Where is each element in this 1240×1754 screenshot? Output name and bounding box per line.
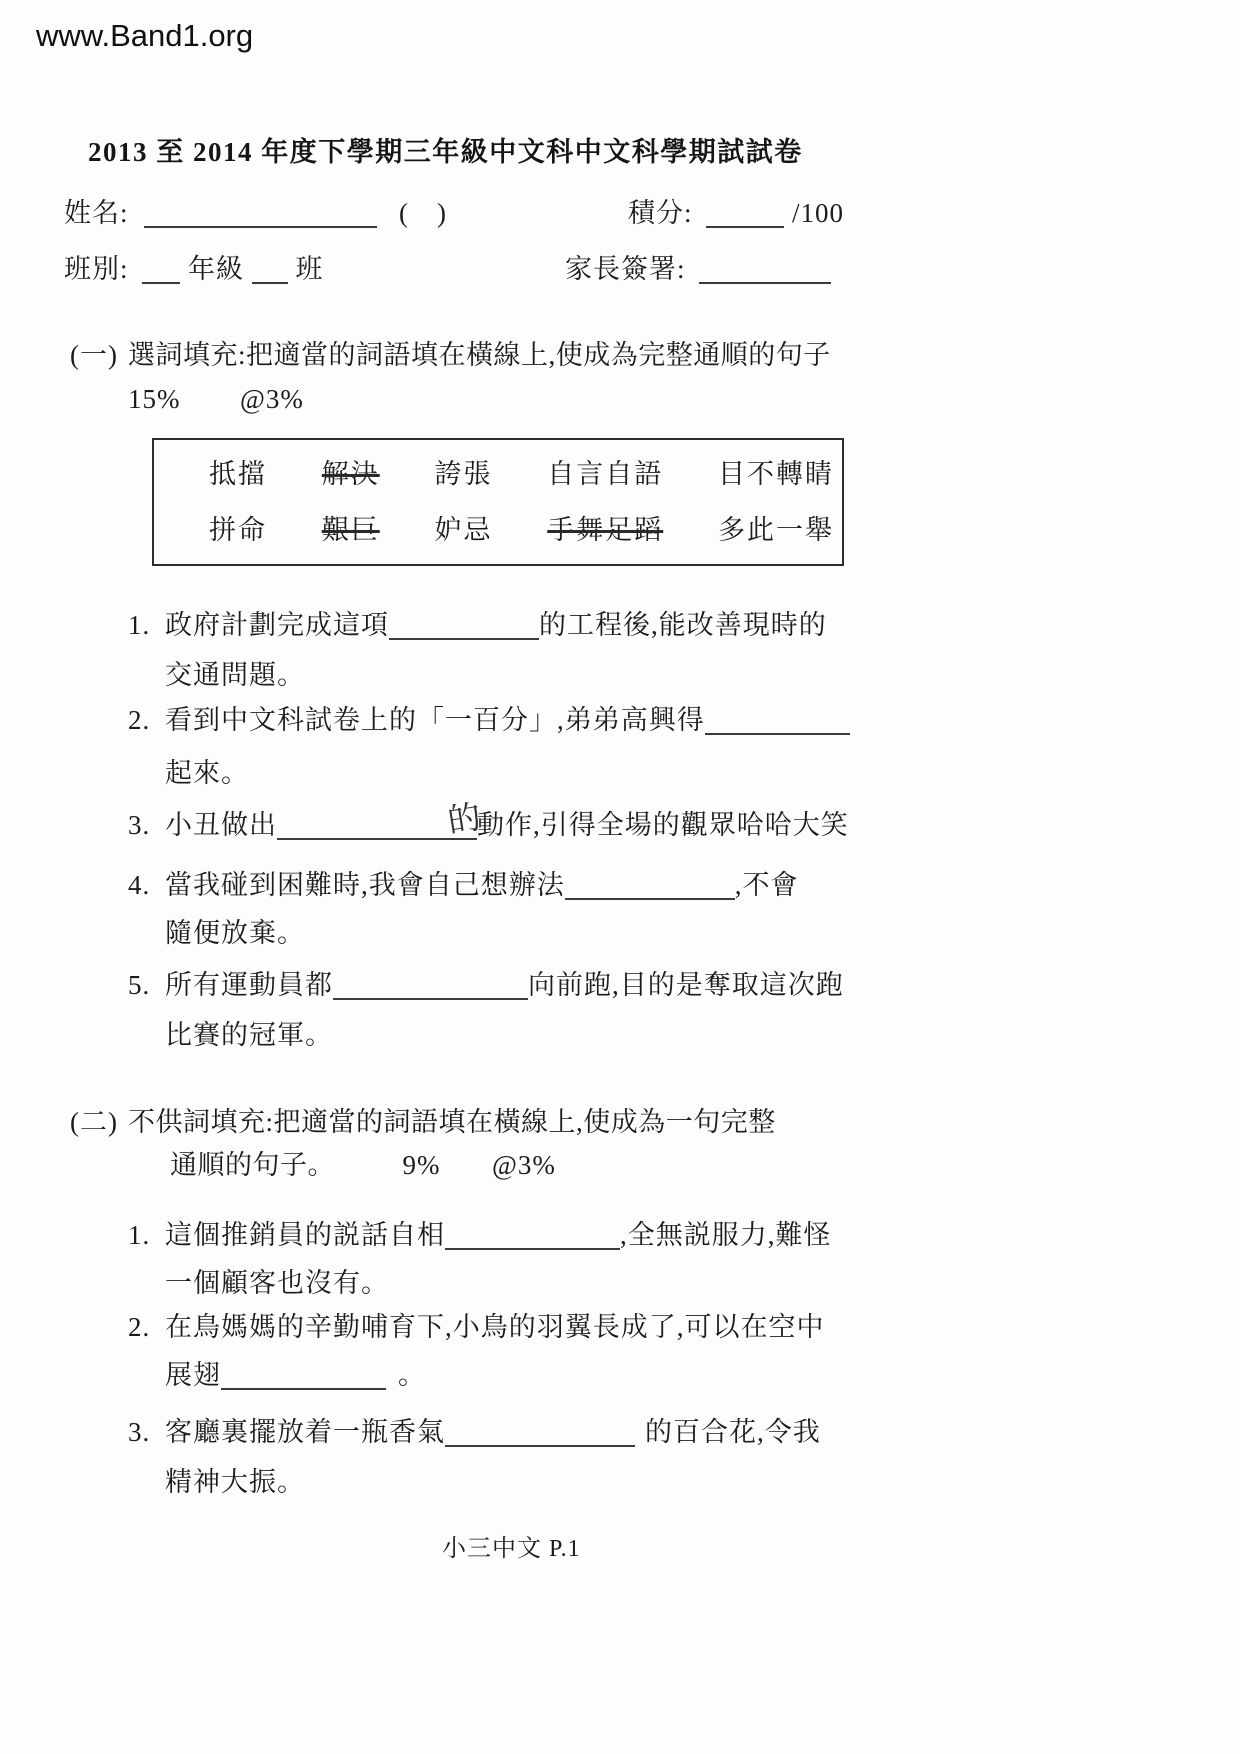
class-suffix-label: 班 xyxy=(296,254,324,284)
section2-instruction: 不供詞填充:把適當的詞語填在橫線上,使成為一句完整 xyxy=(128,1107,776,1137)
section1-marks-row: 15% @3% xyxy=(128,382,304,417)
question-text-before: 看到中文科試卷上的「一百分」,弟弟高興得 xyxy=(165,705,705,735)
question-text-after: 的工程後,能改善現時的 xyxy=(539,610,827,640)
question-text-after: ,全無説服力,難怪 xyxy=(620,1220,832,1250)
bank-word: 目不轉睛 xyxy=(718,459,834,489)
score-row: 積分: /100 xyxy=(628,196,844,231)
section2-header: (二)不供詞填充:把適當的詞語填在橫線上,使成為一句完整 xyxy=(70,1105,776,1140)
score-blank xyxy=(706,199,784,228)
section2-marks: 9% xyxy=(403,1150,441,1180)
scan-content-area: www.Band1.org 2013 至 2014 年度下學期三年級中文科中文科… xyxy=(0,0,850,1754)
word-bank-row-1: 抵擋 解決 誇張 自言自語 目不轉睛 xyxy=(209,452,850,491)
question-number: 3. xyxy=(128,1415,165,1450)
bank-word: 抵擋 xyxy=(209,459,267,489)
question-row: 5.所有運動員都向前跑,目的是奪取這次跑 xyxy=(128,968,844,1003)
question-text-after: 動作,引得全場的觀眾哈哈大笑 xyxy=(477,810,849,840)
question-number: 4. xyxy=(128,868,165,903)
question-text-after: ,不會 xyxy=(735,870,799,900)
question-number: 1. xyxy=(128,608,165,643)
question-number: 2. xyxy=(128,1310,165,1345)
question-continuation: 交通問題。 xyxy=(165,658,305,693)
question-row: 2.在鳥媽媽的辛勤哺育下,小鳥的羽翼長成了,可以在空中 xyxy=(128,1310,825,1345)
question-text-line2-end: 。 xyxy=(398,1360,426,1390)
question-row: 1.這個推銷員的説話自相,全無説服力,難怪 xyxy=(128,1218,832,1253)
section1-header: (一)選詞填充:把適當的詞語填在橫線上,使成為完整通順的句子 xyxy=(70,338,831,373)
grade-label: 年級 xyxy=(188,254,244,284)
question-row: 1.政府計劃完成這項的工程後,能改善現時的 xyxy=(128,608,827,643)
section1-instruction: 選詞填充:把適當的詞語填在橫線上,使成為完整通順的句子 xyxy=(128,340,831,370)
question-row: 2.看到中文科試卷上的「一百分」,弟弟高興得 xyxy=(128,703,850,738)
section2-per-item-marks: @3% xyxy=(492,1150,556,1180)
bank-word: 解決 xyxy=(322,459,380,489)
question-number: 1. xyxy=(128,1218,165,1253)
question-row: 3.小丑做出的動作,引得全場的觀眾哈哈大笑 xyxy=(128,808,849,843)
section1-marks: 15% xyxy=(128,384,181,414)
answer-blank xyxy=(445,1418,635,1447)
question-text-after: 的百合花,令我 xyxy=(645,1417,821,1447)
grade-blank xyxy=(142,255,180,284)
question-text-line2: 展翅 xyxy=(165,1360,221,1390)
section2-number: (二) xyxy=(70,1105,128,1140)
question-text-before: 政府計劃完成這項 xyxy=(165,610,389,640)
score-label: 積分: xyxy=(628,198,693,228)
question-continuation-row: 展翅。 xyxy=(165,1358,426,1393)
question-text-before: 在鳥媽媽的辛勤哺育下,小鳥的羽翼長成了,可以在空中 xyxy=(165,1312,825,1342)
answer-blank xyxy=(333,971,528,1000)
class-row: 班別: 年級 班 xyxy=(64,252,324,287)
question-number: 2. xyxy=(128,703,165,738)
question-text-before: 所有運動員都 xyxy=(165,970,333,1000)
bank-word: 誇張 xyxy=(435,459,493,489)
section2-instruction-line2: 通順的句子。 xyxy=(170,1150,335,1180)
score-total: /100 xyxy=(792,198,844,228)
handwritten-char: 的 xyxy=(445,797,484,845)
question-text-before: 這個推銷員的説話自相 xyxy=(165,1220,445,1250)
class-blank xyxy=(252,255,288,284)
question-continuation: 一個顧客也沒有。 xyxy=(165,1266,389,1301)
bank-word: 自言自語 xyxy=(547,459,663,489)
bank-word: 拼命 xyxy=(209,515,267,545)
name-blank xyxy=(144,199,377,228)
section1-number: (一) xyxy=(70,338,128,373)
bank-word: 艱巨 xyxy=(322,515,380,545)
parent-sign-row: 家長簽署: xyxy=(565,252,831,287)
bank-word: 多此一舉 xyxy=(718,515,834,545)
page-footer: 小三中文 P.1 xyxy=(442,1528,581,1563)
watermark-text: www.Band1.org xyxy=(36,18,253,54)
question-continuation: 比賽的冠軍。 xyxy=(165,1018,333,1053)
word-bank-row-2: 拼命 艱巨 妒忌 手舞足蹈 多此一舉 xyxy=(209,508,850,547)
question-row: 3.客廳裏擺放着一瓶香氣的百合花,令我 xyxy=(128,1415,821,1450)
answer-blank xyxy=(389,611,539,640)
question-text-before: 客廳裏擺放着一瓶香氣 xyxy=(165,1417,445,1447)
bank-word: 手舞足蹈 xyxy=(547,515,663,545)
question-text-before: 當我碰到困難時,我會自己想辦法 xyxy=(165,870,565,900)
class-number-parens: ( ) xyxy=(399,198,447,228)
exam-title: 2013 至 2014 年度下學期三年級中文科中文科學期試試卷 xyxy=(88,130,803,169)
question-continuation: 隨便放棄。 xyxy=(165,916,305,951)
question-text-before: 小丑做出 xyxy=(165,810,277,840)
answer-blank xyxy=(565,871,735,900)
parent-sign-label: 家長簽署: xyxy=(565,254,686,284)
class-label: 班別: xyxy=(64,254,129,284)
answer-blank xyxy=(221,1361,386,1390)
section1-per-item-marks: @3% xyxy=(240,384,304,414)
answer-blank xyxy=(705,706,850,735)
parent-sign-blank xyxy=(699,255,831,284)
scanned-exam-page: www.Band1.org 2013 至 2014 年度下學期三年級中文科中文科… xyxy=(0,0,1240,1754)
name-label: 姓名: xyxy=(64,198,129,228)
section2-header-line2: 通順的句子。 9% @3% xyxy=(170,1148,556,1183)
answer-blank xyxy=(445,1221,620,1250)
bank-word: 妒忌 xyxy=(435,515,493,545)
question-continuation: 精神大振。 xyxy=(165,1465,305,1500)
question-text-after: 向前跑,目的是奪取這次跑 xyxy=(528,970,844,1000)
question-number: 5. xyxy=(128,968,165,1003)
name-row: 姓名: ( ) xyxy=(64,196,447,231)
question-continuation: 起來。 xyxy=(165,756,249,791)
word-bank-box: 抵擋 解決 誇張 自言自語 目不轉睛 拼命 艱巨 妒忌 手舞足蹈 多此一舉 xyxy=(152,438,844,566)
answer-blank: 的 xyxy=(277,811,477,840)
question-number: 3. xyxy=(128,808,165,843)
question-row: 4.當我碰到困難時,我會自己想辦法,不會 xyxy=(128,868,799,903)
